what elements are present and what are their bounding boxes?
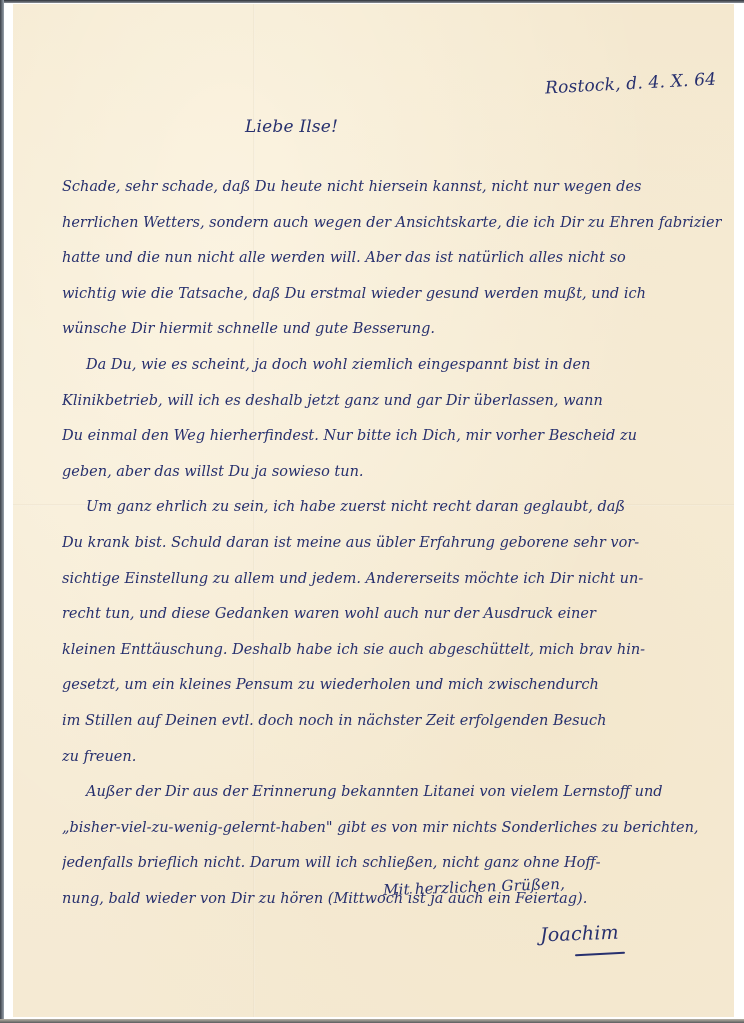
- letter-body: Schade, sehr schade, daß Du heute nicht …: [62, 170, 722, 917]
- letter-line: herrlichen Wetters, sondern auch wegen d…: [62, 206, 722, 242]
- letter-line: recht tun, und diese Gedanken waren wohl…: [62, 597, 722, 633]
- letter-line: sichtige Einstellung zu allem und jedem.…: [62, 562, 722, 598]
- letter-line: Um ganz ehrlich zu sein, ich habe zuerst…: [62, 490, 722, 526]
- letter-line: gesetzt, um ein kleines Pensum zu wieder…: [62, 668, 722, 704]
- letter-salutation: Liebe Ilse!: [245, 117, 338, 137]
- letter-line: geben, aber das willst Du ja sowieso tun…: [62, 455, 722, 491]
- letter-line: hatte und die nun nicht alle werden will…: [62, 241, 722, 277]
- scanner-edge-top: [0, 0, 744, 3]
- letter-line: Du einmal den Weg hierherfindest. Nur bi…: [62, 419, 722, 455]
- letter-line: wichtig wie die Tatsache, daß Du erstmal…: [62, 277, 722, 313]
- letter-line: Schade, sehr schade, daß Du heute nicht …: [62, 170, 722, 206]
- letter-line: kleinen Enttäuschung. Deshalb habe ich s…: [62, 633, 722, 669]
- letter-line: wünsche Dir hiermit schnelle und gute Be…: [62, 312, 722, 348]
- letter-line: im Stillen auf Deinen evtl. doch noch in…: [62, 704, 722, 740]
- scanner-edge-bottom: [0, 1019, 744, 1023]
- letter-signature: Joachim: [540, 922, 619, 947]
- letter-line: „bisher-viel-zu-wenig-gelernt-haben" gib…: [62, 811, 722, 847]
- letter-line: Klinikbetrieb, will ich es deshalb jetzt…: [62, 384, 722, 420]
- letter-line: jedenfalls brieflich nicht. Darum will i…: [62, 846, 722, 882]
- letter-line: zu freuen.: [62, 740, 722, 776]
- scanned-letter-page: Rostock, d. 4. X. 64 Liebe Ilse! Schade,…: [0, 0, 744, 1023]
- letter-line: Du krank bist. Schuld daran ist meine au…: [62, 526, 722, 562]
- letter-line: Außer der Dir aus der Erinnerung bekannt…: [62, 775, 722, 811]
- scanner-edge-left: [0, 0, 4, 1023]
- letter-line: Da Du, wie es scheint, ja doch wohl ziem…: [62, 348, 722, 384]
